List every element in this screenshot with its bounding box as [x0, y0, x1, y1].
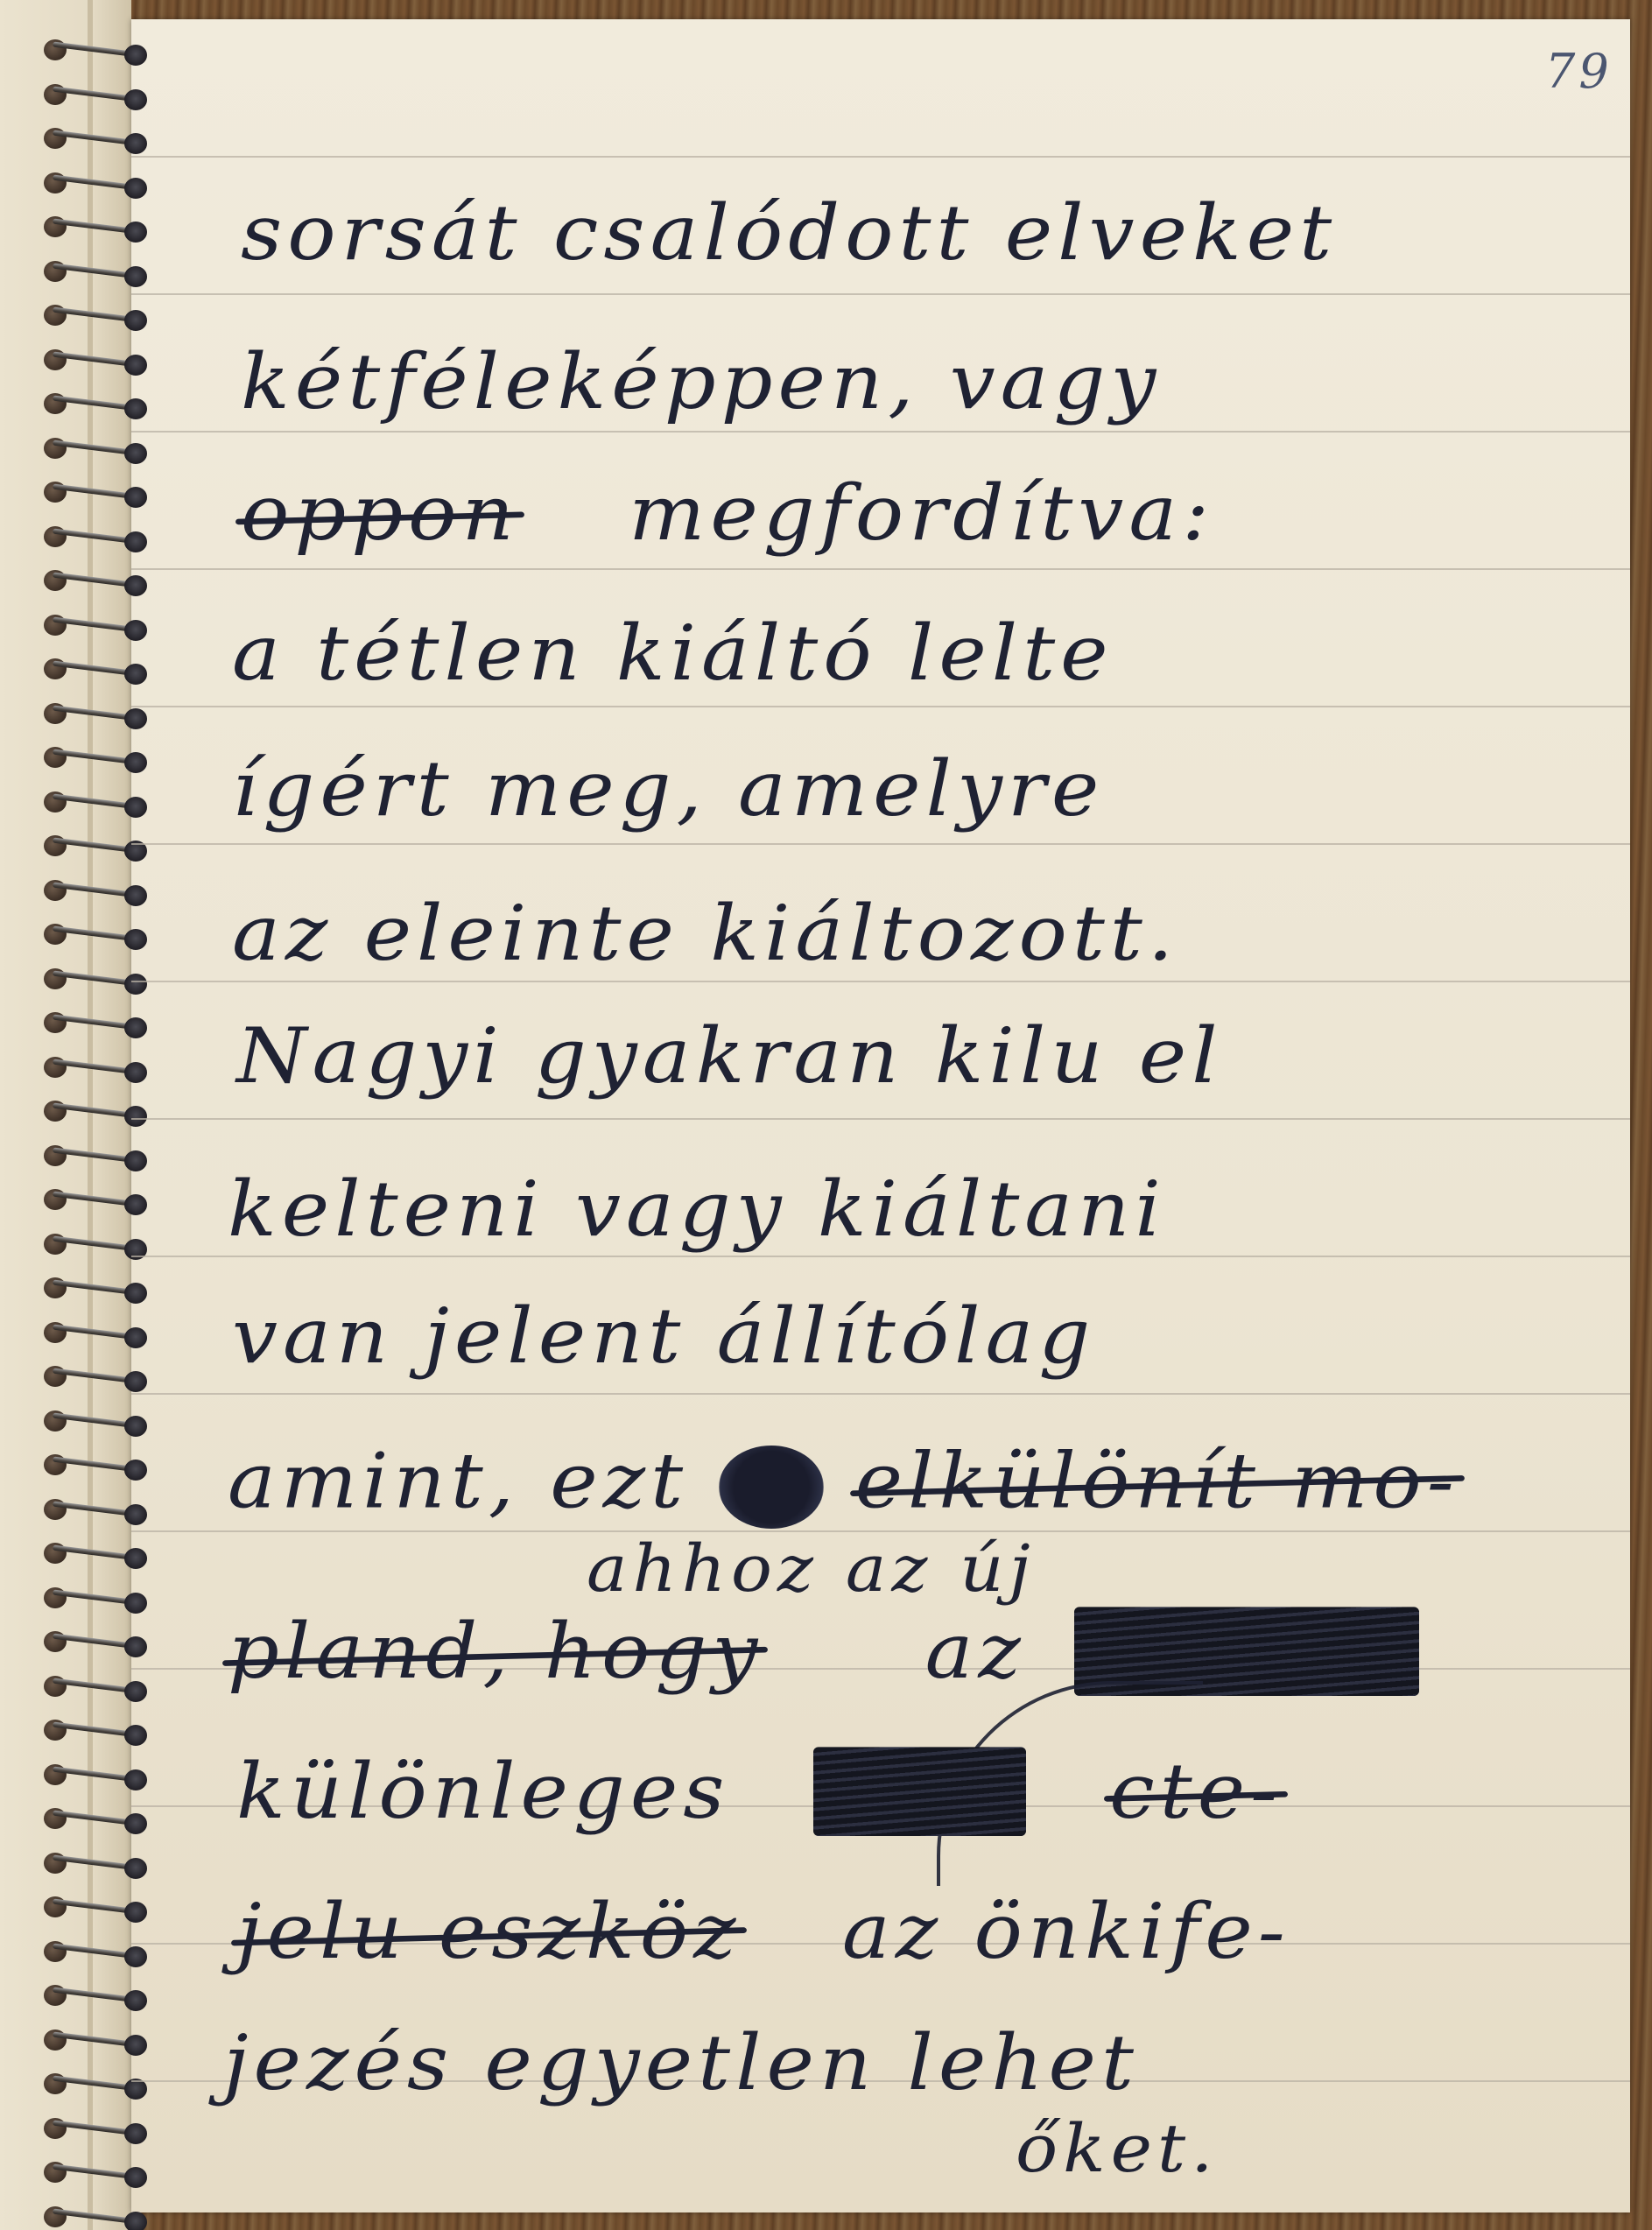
spiral-ring	[44, 1720, 140, 1739]
ring-hole	[124, 1327, 147, 1348]
ring-hole	[124, 1858, 147, 1879]
struck-text: cte-	[1109, 1747, 1283, 1836]
spiral-ring	[44, 2030, 140, 2049]
handwritten-line-5: ígért meg, amelyre	[232, 744, 1104, 834]
ring-hole	[124, 310, 147, 331]
ruled-line	[131, 706, 1630, 707]
line-text: különleges	[236, 1747, 729, 1836]
handwritten-line-12: különleges Teak cte-	[236, 1747, 1283, 1836]
ring-hole	[124, 1283, 147, 1304]
line-text: megfordítva:	[629, 468, 1214, 558]
ring-hole	[124, 443, 147, 464]
ring-hole	[124, 398, 147, 419]
spiral-ring	[44, 703, 140, 722]
spiral-ring	[44, 349, 140, 369]
ring-hole	[124, 1593, 147, 1614]
ring-hole	[124, 885, 147, 906]
spiral-ring	[44, 615, 140, 634]
spiral-ring	[44, 84, 140, 103]
ring-hole	[124, 89, 147, 110]
ruled-line	[131, 1393, 1630, 1395]
spiral-ring	[44, 1499, 140, 1518]
spiral-ring	[44, 1631, 140, 1650]
ring-hole	[124, 1460, 147, 1481]
handwritten-line-3: oppon megfordítva:	[241, 468, 1214, 558]
spiral-ring	[44, 1189, 140, 1208]
ring-hole	[124, 1636, 147, 1657]
spiral-ring	[44, 1764, 140, 1783]
handwritten-line-10: amint, ezt elkülönít mo-	[228, 1437, 1459, 1530]
ruled-line	[131, 156, 1630, 158]
ring-hole	[124, 178, 147, 199]
spiral-ring	[44, 1145, 140, 1164]
ring-hole	[124, 1017, 147, 1038]
spiral-ring	[44, 216, 140, 236]
ring-hole	[124, 797, 147, 818]
ink-scribble	[719, 1446, 824, 1529]
spiral-ring	[44, 1985, 140, 2004]
spiral-ring	[44, 1410, 140, 1430]
spiral-ring	[44, 1543, 140, 1562]
spiral-ring	[44, 526, 140, 545]
spiral-ring	[44, 1454, 140, 1474]
ring-hole	[124, 1194, 147, 1215]
spiral-ring	[44, 1234, 140, 1253]
spiral-ring	[44, 1853, 140, 1872]
spiral-ring	[44, 2073, 140, 2093]
ring-hole	[124, 929, 147, 950]
handwritten-line-4: a tétlen kiáltó lelte	[232, 609, 1114, 698]
line-text: amint, ezt	[228, 1437, 688, 1526]
spiral-ring	[44, 747, 140, 766]
ruled-line	[131, 293, 1630, 295]
spiral-ring	[44, 2162, 140, 2181]
ring-hole	[124, 1990, 147, 2011]
spiral-ring	[44, 658, 140, 678]
spiral-ring	[44, 880, 140, 899]
ring-hole	[124, 620, 147, 641]
ring-hole	[124, 1062, 147, 1083]
struck-text: jelu eszköz	[236, 1887, 742, 1976]
spiral-ring	[44, 261, 140, 280]
handwritten-line-11: pland, hogy az kérdést	[228, 1607, 1419, 1696]
line-text: az	[925, 1607, 1026, 1696]
ring-hole	[124, 355, 147, 376]
spiral-ring	[44, 1366, 140, 1385]
spiral-ring	[44, 1322, 140, 1341]
ring-hole	[124, 1106, 147, 1127]
ruled-line	[131, 843, 1630, 845]
spiral-ring	[44, 438, 140, 457]
ring-hole	[124, 222, 147, 243]
ring-hole	[124, 1725, 147, 1746]
ruled-line	[131, 568, 1630, 570]
ring-hole	[124, 45, 147, 66]
handwritten-line-1: sorsát csalódott elveket	[241, 188, 1337, 278]
ring-hole	[124, 487, 147, 508]
ring-hole	[124, 1681, 147, 1702]
spiral-ring	[44, 570, 140, 589]
handwritten-line-7: Nagyi gyakran kilu el	[236, 1011, 1223, 1101]
blotted-text: Teak	[813, 1747, 1026, 1836]
ring-hole	[124, 1504, 147, 1525]
spiral-ring	[44, 1057, 140, 1076]
spiral-ring	[44, 482, 140, 501]
inserted-text-above: ahhoz az új	[587, 1532, 1036, 1607]
handwritten-line-14: jezés egyetlen lehet	[223, 2018, 1139, 2107]
ring-hole	[124, 2123, 147, 2144]
ring-hole	[124, 2212, 147, 2230]
ring-hole	[124, 1769, 147, 1790]
handwritten-line-15: őket.	[1016, 2110, 1219, 2187]
handwritten-line-2: kétféleképpen, vagy	[241, 337, 1161, 426]
spiral-ring	[44, 924, 140, 943]
spiral-ring	[44, 393, 140, 412]
spiral-ring	[44, 172, 140, 192]
ring-hole	[124, 1416, 147, 1437]
struck-text: elkülönít mo-	[855, 1437, 1459, 1526]
spiral-ring	[44, 2206, 140, 2226]
ring-hole	[124, 1548, 147, 1569]
spiral-ring	[44, 968, 140, 988]
ring-hole	[124, 1150, 147, 1171]
spiral-ring	[44, 2118, 140, 2137]
ruled-line	[131, 1256, 1630, 1257]
ring-hole	[124, 752, 147, 773]
spiral-ring	[44, 1277, 140, 1297]
spiral-ring	[44, 1012, 140, 1031]
ring-hole	[124, 266, 147, 287]
ring-hole	[124, 2167, 147, 2188]
page-number: 79	[1545, 44, 1613, 99]
handwritten-line-8: kelteni vagy kiáltani	[228, 1164, 1166, 1254]
ruled-line	[131, 1118, 1630, 1120]
struck-word: oppon	[241, 468, 519, 558]
ring-hole	[124, 1371, 147, 1392]
ring-hole	[124, 974, 147, 995]
ring-hole	[124, 1902, 147, 1923]
spiral-ring	[44, 39, 140, 59]
line-text: az önkife-	[842, 1887, 1290, 1976]
ring-hole	[124, 133, 147, 154]
spiral-ring	[44, 1941, 140, 1960]
spiral-ring	[44, 791, 140, 811]
ring-hole	[124, 575, 147, 596]
ring-hole	[124, 1813, 147, 1834]
handwritten-line-13: jelu eszköz az önkife-	[236, 1887, 1290, 1976]
spiral-ring	[44, 1101, 140, 1120]
struck-text: pland, hogy	[228, 1607, 763, 1696]
handwritten-line-9: van jelent állítólag	[232, 1291, 1095, 1381]
ring-hole	[124, 2035, 147, 2056]
ring-hole	[124, 708, 147, 729]
ruled-line	[131, 431, 1630, 433]
ring-hole	[124, 531, 147, 552]
ruled-line	[131, 981, 1630, 982]
spiral-ring	[44, 305, 140, 324]
spiral-ring	[44, 835, 140, 855]
spiral-ring	[44, 1587, 140, 1607]
spiral-ring	[44, 1896, 140, 1916]
ring-hole	[124, 664, 147, 685]
ring-hole	[124, 1946, 147, 1967]
spiral-ring	[44, 1676, 140, 1695]
handwritten-line-6: az eleinte kiáltozott.	[232, 889, 1178, 978]
spiral-ring	[44, 1808, 140, 1827]
spiral-ring	[44, 128, 140, 147]
